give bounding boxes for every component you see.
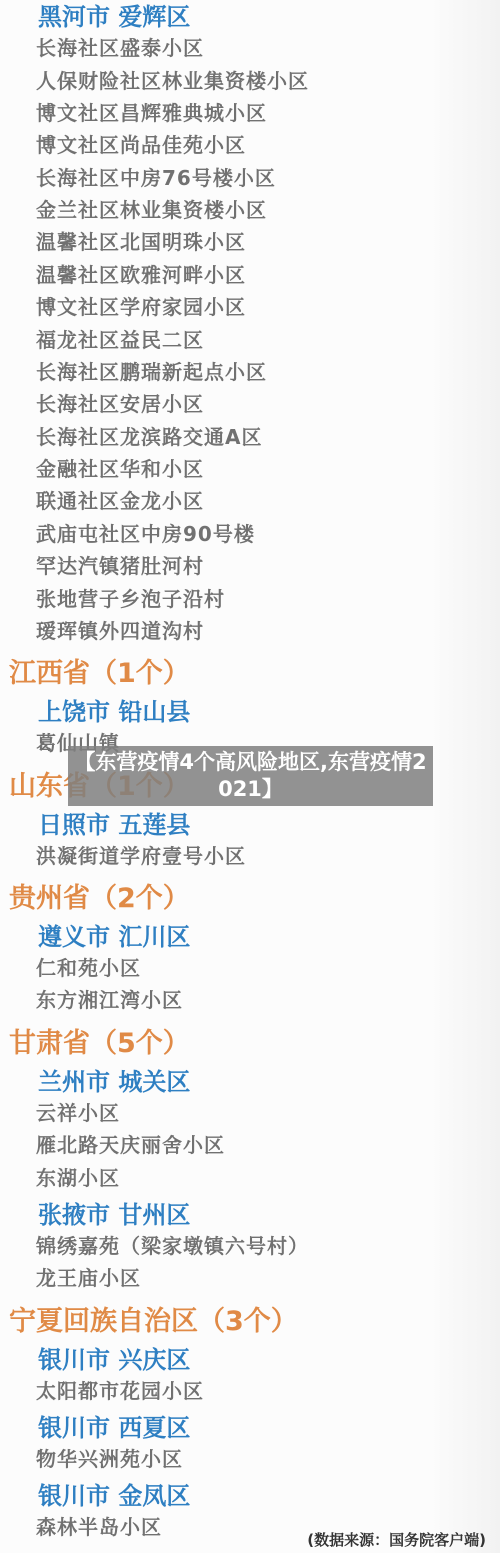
- area-item: 锦绣嘉苑（梁家墩镇六号村）: [36, 1236, 500, 1256]
- area-item: 金融社区华和小区: [36, 459, 500, 479]
- area-item: 温馨社区北国明珠小区: [36, 232, 500, 252]
- city-header: 银川市 兴庆区: [38, 1345, 500, 1375]
- area-item: 云祥小区: [36, 1103, 500, 1123]
- area-item: 东方湘江湾小区: [36, 990, 500, 1010]
- area-item: 龙王庙小区: [36, 1268, 500, 1288]
- province-header: 甘肃省（5个）: [9, 1027, 500, 1061]
- area-item: 仁和苑小区: [36, 958, 500, 978]
- area-item: 长海社区盛泰小区: [36, 38, 500, 58]
- area-item: 张地营子乡泡子沿村: [36, 589, 500, 609]
- city-header: 日照市 五莲县: [38, 810, 500, 840]
- city-header: 银川市 金凤区: [38, 1481, 500, 1511]
- area-item: 温馨社区欧雅河畔小区: [36, 265, 500, 285]
- city-header: 银川市 西夏区: [38, 1413, 500, 1443]
- area-item: 罕达汽镇猪肚河村: [36, 556, 500, 576]
- city-header: 遵义市 汇川区: [38, 922, 500, 952]
- area-item: 金兰社区林业集资楼小区: [36, 200, 500, 220]
- area-item: 长海社区安居小区: [36, 394, 500, 414]
- area-item: 长海社区鹏瑞新起点小区: [36, 362, 500, 382]
- area-item: 东湖小区: [36, 1168, 500, 1188]
- area-item: 联通社区金龙小区: [36, 491, 500, 511]
- watermark-line-2: 021】: [68, 776, 433, 803]
- province-header: 江西省（1个）: [9, 657, 500, 691]
- area-item: 武庙屯社区中房90号楼: [36, 524, 500, 544]
- province-header: 贵州省（2个）: [9, 882, 500, 916]
- data-source-note: (数据来源：国务院客户端): [307, 1529, 486, 1550]
- province-header: 宁夏回族自治区（3个）: [9, 1305, 500, 1339]
- area-item: 瑷珲镇外四道沟村: [36, 621, 500, 641]
- watermark-line-1: 【东营疫情4个高风险地区,东营疫情2: [68, 749, 433, 776]
- area-item: 福龙社区益民二区: [36, 330, 500, 350]
- area-item: 博文社区尚品佳苑小区: [36, 135, 500, 155]
- city-header: 黑河市 爱辉区: [38, 2, 500, 32]
- watermark-overlay: 【东营疫情4个高风险地区,东营疫情2 021】: [68, 746, 433, 806]
- area-item: 博文社区学府家园小区: [36, 297, 500, 317]
- area-item: 人保财险社区林业集资楼小区: [36, 71, 500, 91]
- city-header: 上饶市 铅山县: [38, 697, 500, 727]
- area-item: 太阳都市花园小区: [36, 1381, 500, 1401]
- area-item: 博文社区昌辉雅典城小区: [36, 103, 500, 123]
- area-item: 长海社区龙滨路交通A区: [36, 427, 500, 447]
- city-header: 张掖市 甘州区: [38, 1200, 500, 1230]
- city-header: 兰州市 城关区: [38, 1067, 500, 1097]
- area-item: 洪凝街道学府壹号小区: [36, 846, 500, 866]
- area-item: 物华兴洲苑小区: [36, 1449, 500, 1469]
- area-item: 雁北路天庆丽舍小区: [36, 1135, 500, 1155]
- area-item: 长海社区中房76号楼小区: [36, 168, 500, 188]
